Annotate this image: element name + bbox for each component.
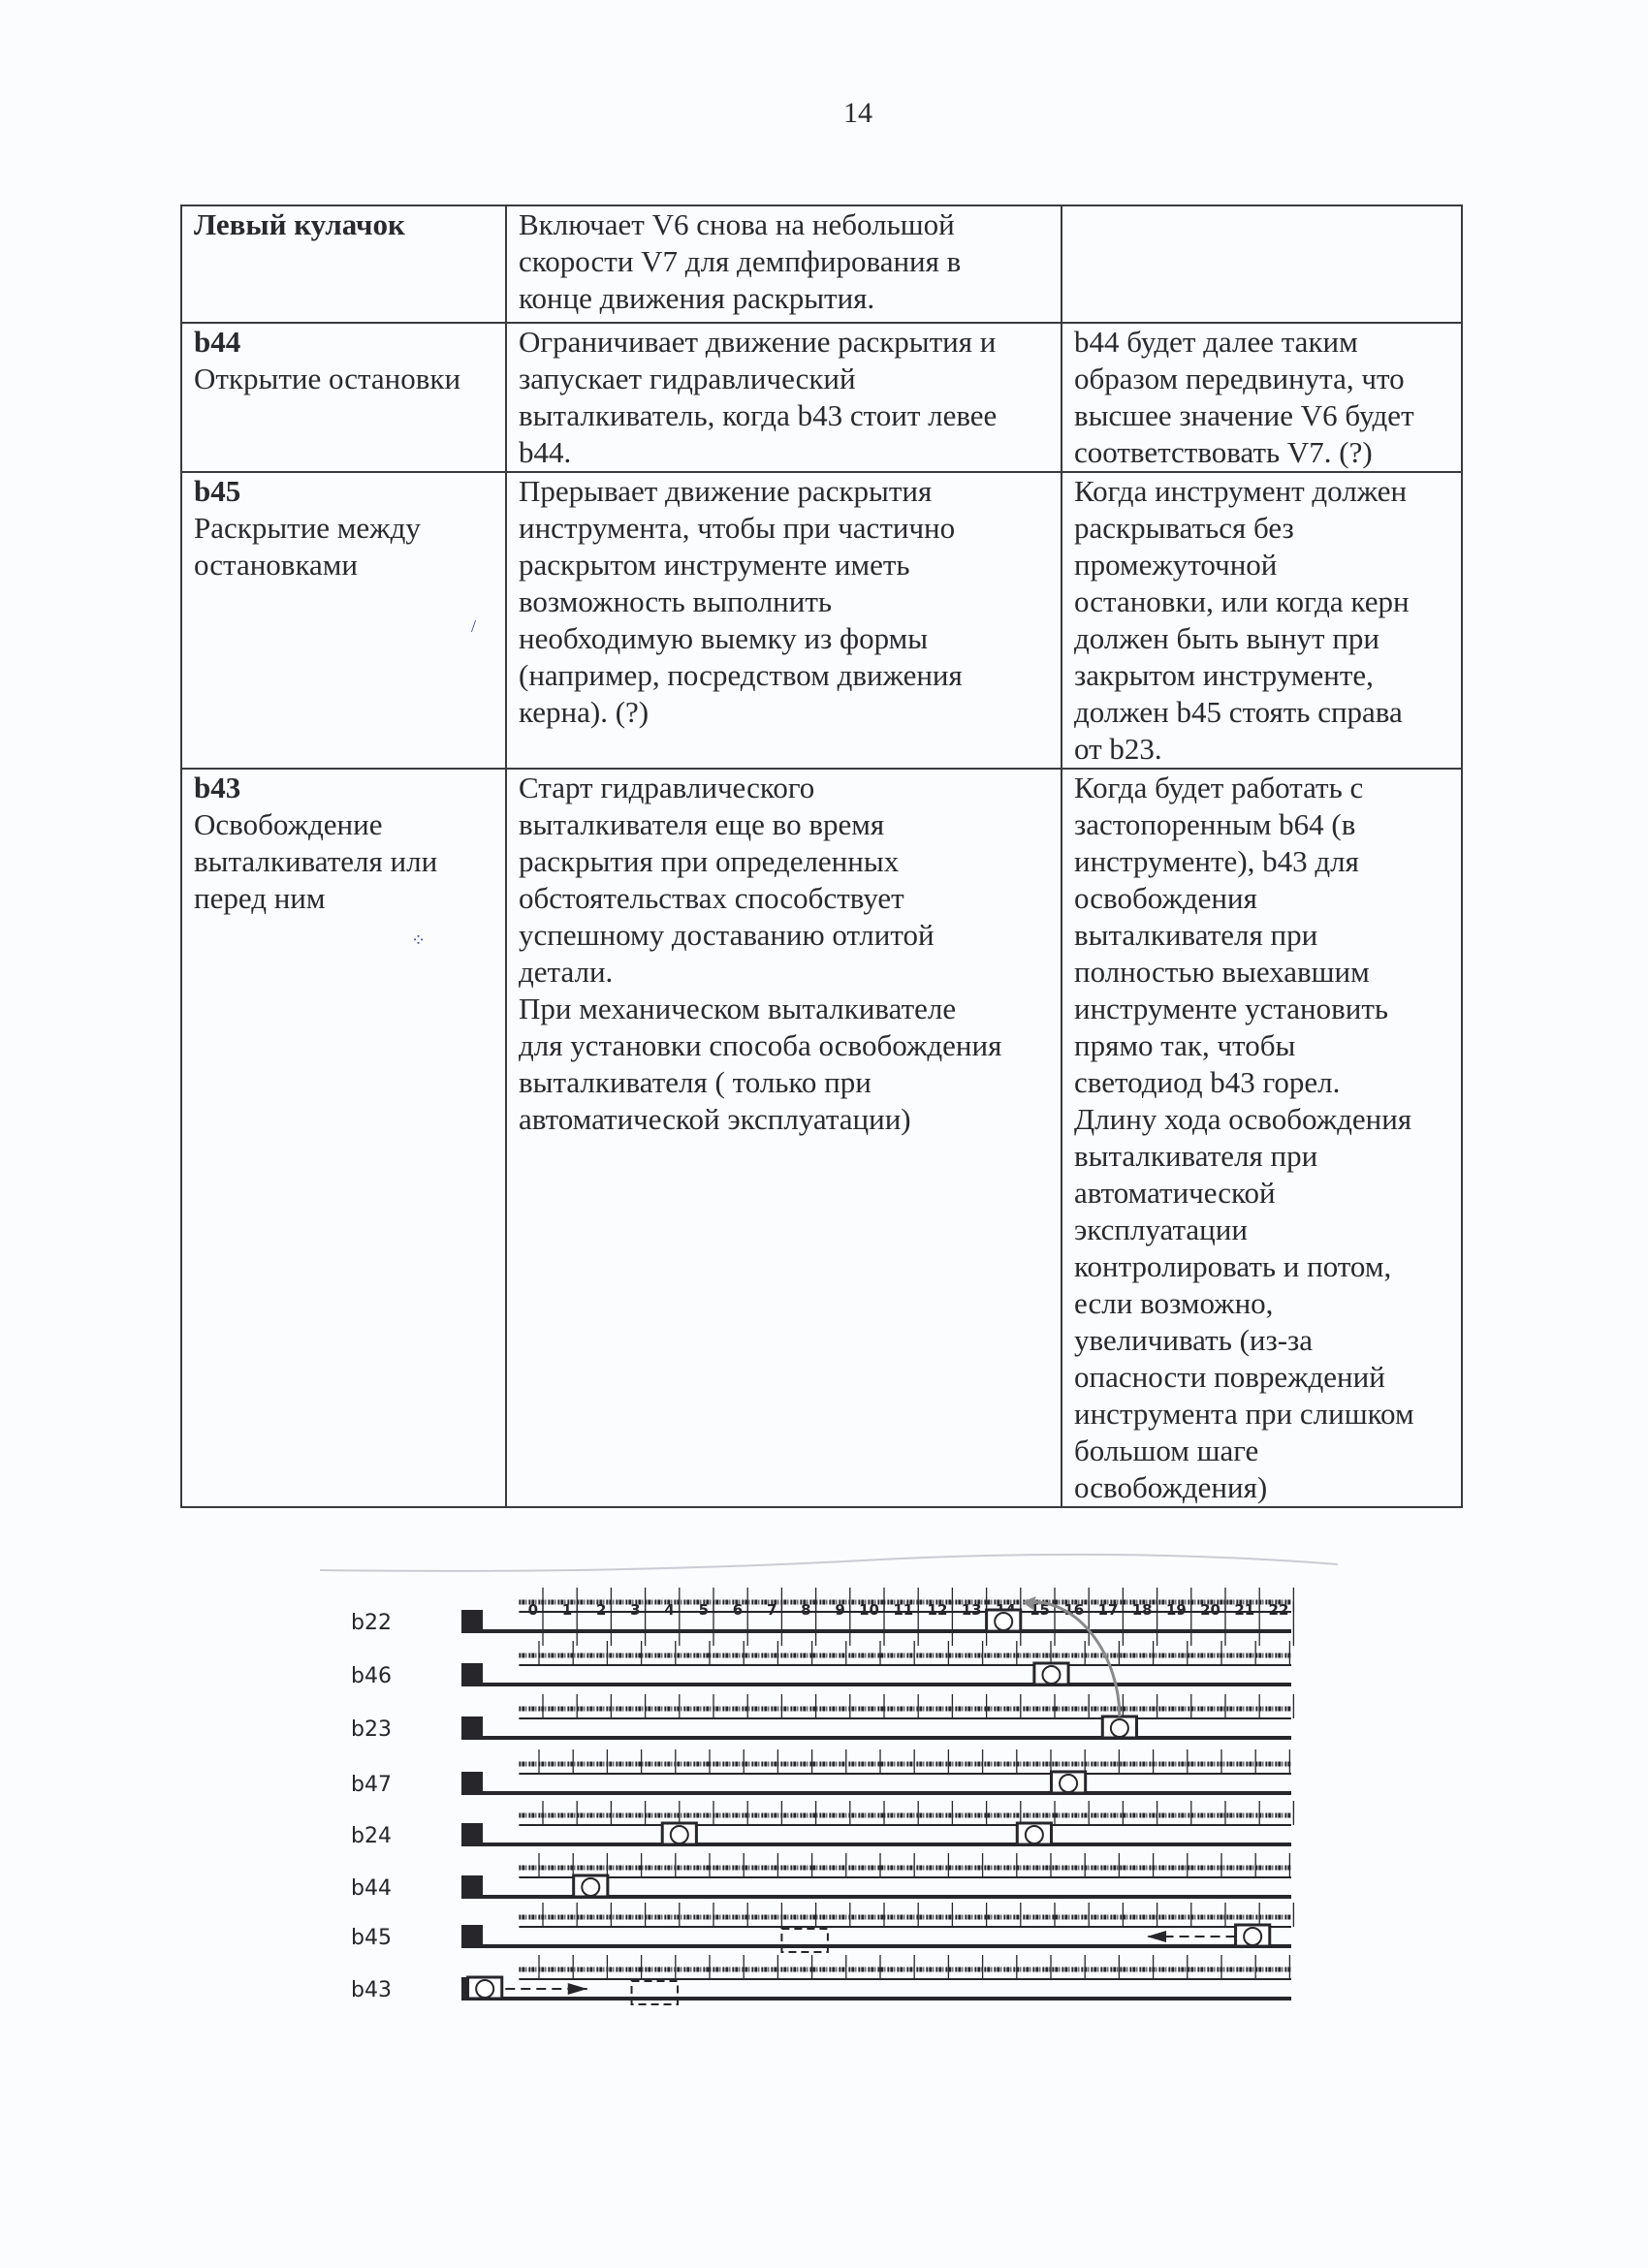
bar-end-block [461,1925,483,1948]
dashed-position [781,1929,828,1952]
description-line: Прерывает движение раскрытия [519,473,1051,510]
note-line: образом передвинута, что [1074,361,1451,397]
description-line: необходимую выемку из формы [519,620,1051,657]
note-line: полностью выехавшим [1074,954,1451,991]
note-line: эксплуатации [1074,1212,1451,1248]
description-line: возможность выполнить [519,583,1051,620]
scale-tick-label: 8 [801,1601,810,1619]
description-cell: Включает V6 снова на небольшойскорости V… [506,205,1062,323]
note-line: от b23. [1074,731,1451,768]
description-line: раскрытия при определенных [519,843,1051,880]
description-cell: Ограничивает движение раскрытия изапуска… [506,323,1062,472]
arrow-head [1147,1931,1166,1942]
note-line: автоматической [1074,1175,1451,1212]
note-line: выталкивателя при [1074,1138,1451,1175]
pen-mark: ⁘ [411,930,426,951]
note-line: застопоренным b64 (в [1074,806,1451,843]
table-row: b43Освобождениевыталкивателя илиперед ни… [181,769,1462,1507]
description-line: (например, посредством движения [519,657,1051,694]
page-number: 14 [843,97,872,130]
note-line: промежуточной [1074,547,1451,583]
description-line: раскрытом инструменте иметь [519,547,1051,583]
note-line: остановки, или когда керн [1074,583,1451,620]
row-label-b47: b47 [351,1773,392,1797]
parameter-cell: b44Открытие остановки [181,323,506,472]
description-line: конце движения раскрытия. [519,280,1051,317]
dashed-position [632,1981,679,2004]
note-line: должен b45 стоять справа [1074,694,1451,731]
row-label-b43: b43 [351,1978,392,2002]
note-line: увеличивать (из-за [1074,1322,1451,1359]
row-label-b23: b23 [351,1717,392,1742]
row-label-b22: b22 [351,1611,392,1635]
description-line: успешному доставанию отлитой [519,917,1051,954]
bar-end-block [461,1875,483,1899]
position-diagram: 012345678910111213141516171819202122b22b… [320,1551,1338,2016]
table-row: Левый кулачокВключает V6 снова на неболь… [181,205,1462,323]
note-line: должен быть вынут при [1074,620,1451,657]
description-line: Ограничивает движение раскрытия и [519,324,1051,361]
note-cell: Когда будет работать сзастопоренным b64 … [1062,769,1462,1507]
note-cell: b44 будет далее такимобразом передвинута… [1062,323,1462,472]
note-line: инструмента при слишком [1074,1396,1451,1433]
description-line: детали. [519,954,1051,991]
note-line: инструменте установить [1074,991,1451,1027]
description-line: инструмента, чтобы при частично [519,510,1051,547]
bar-end-block [461,1663,483,1686]
parameter-title: Освобождение [194,806,495,843]
note-line: b44 будет далее таким [1074,324,1451,361]
parameter-title: выталкивателя или [194,843,495,880]
paper-edge [320,1555,1338,1571]
row-label-b44: b44 [351,1876,392,1901]
note-line: инструменте), b43 для [1074,843,1451,880]
note-line: Длину хода освобождения [1074,1101,1451,1138]
table-row: b44Открытие остановкиОграничивает движен… [181,323,1462,472]
parameter-code: b45 [194,473,495,510]
note-line: если возможно, [1074,1285,1451,1322]
pen-mark: / [471,616,476,637]
note-line: выталкивателя при [1074,917,1451,954]
parameter-title: Раскрытие между [194,510,495,547]
note-line: контролировать и потом, [1074,1248,1451,1285]
note-cell [1062,205,1462,323]
description-line: Включает V6 снова на небольшой [519,206,1051,243]
description-line: для установки способа освобождения [519,1027,1051,1064]
parameter-table: Левый кулачокВключает V6 снова на неболь… [180,205,1463,1508]
parameter-code: b43 [194,770,495,806]
parameter-cell: b43Освобождениевыталкивателя илиперед ни… [181,769,506,1507]
note-line: прямо так, чтобы [1074,1027,1451,1064]
description-line: запускает гидравлический [519,361,1051,397]
description-line: выталкивателя ( только при [519,1064,1051,1101]
note-line: освобождения [1074,880,1451,917]
description-line: скорости V7 для демпфирования в [519,243,1051,280]
parameter-title: Левый кулачок [194,207,405,241]
description-line: обстоятельствах способствует [519,880,1051,917]
description-line: b44. [519,434,1051,471]
description-cell: Прерывает движение раскрытияинструмента,… [506,472,1062,769]
note-line: освобождения) [1074,1469,1451,1506]
row-label-b45: b45 [351,1926,392,1950]
note-line: Когда инструмент должен [1074,473,1451,510]
parameter-title: перед ним [194,880,495,917]
description-line: выталкиватель, когда b43 стоит левее [519,397,1051,434]
description-cell: Старт гидравлическоговыталкивателя еще в… [506,769,1062,1507]
note-line: закрытом инструменте, [1074,657,1451,694]
parameter-code: b44 [194,324,495,361]
switch-position-chart: 012345678910111213141516171819202122b22b… [320,1551,1338,2016]
parameter-title: остановками [194,547,495,583]
parameter-cell: Левый кулачок [181,205,506,323]
description-line: керна). (?) [519,694,1051,731]
parameter-cell: b45Раскрытие междуостановками [181,472,506,769]
note-line: опасности повреждений [1074,1359,1451,1396]
note-line: соответствовать V7. (?) [1074,434,1451,471]
description-line: При механическом выталкивателе [519,991,1051,1027]
row-label-b24: b24 [351,1824,392,1848]
note-line: высшее значение V6 будет [1074,397,1451,434]
bar-end-block [461,1717,483,1740]
annotation-arrow [1027,1602,1120,1717]
note-line: Когда будет работать с [1074,770,1451,806]
note-line: светодиод b43 горел. [1074,1064,1451,1101]
note-line: большом шаге [1074,1433,1451,1469]
note-line: раскрываться без [1074,510,1451,547]
table-row: b45Раскрытие междуостановкамиПрерывает д… [181,472,1462,769]
description-line: выталкивателя еще во время [519,806,1051,843]
bar-end-block [461,1610,483,1633]
parameter-title: Открытие остановки [194,361,495,397]
note-cell: Когда инструмент долженраскрываться безп… [1062,472,1462,769]
description-line: Старт гидравлического [519,770,1051,806]
arrow-head [568,1983,587,1995]
bar-end-block [461,1823,483,1846]
bar-end-block [461,1772,483,1795]
description-line: автоматической эксплуатации) [519,1101,1051,1138]
row-label-b46: b46 [351,1664,392,1688]
